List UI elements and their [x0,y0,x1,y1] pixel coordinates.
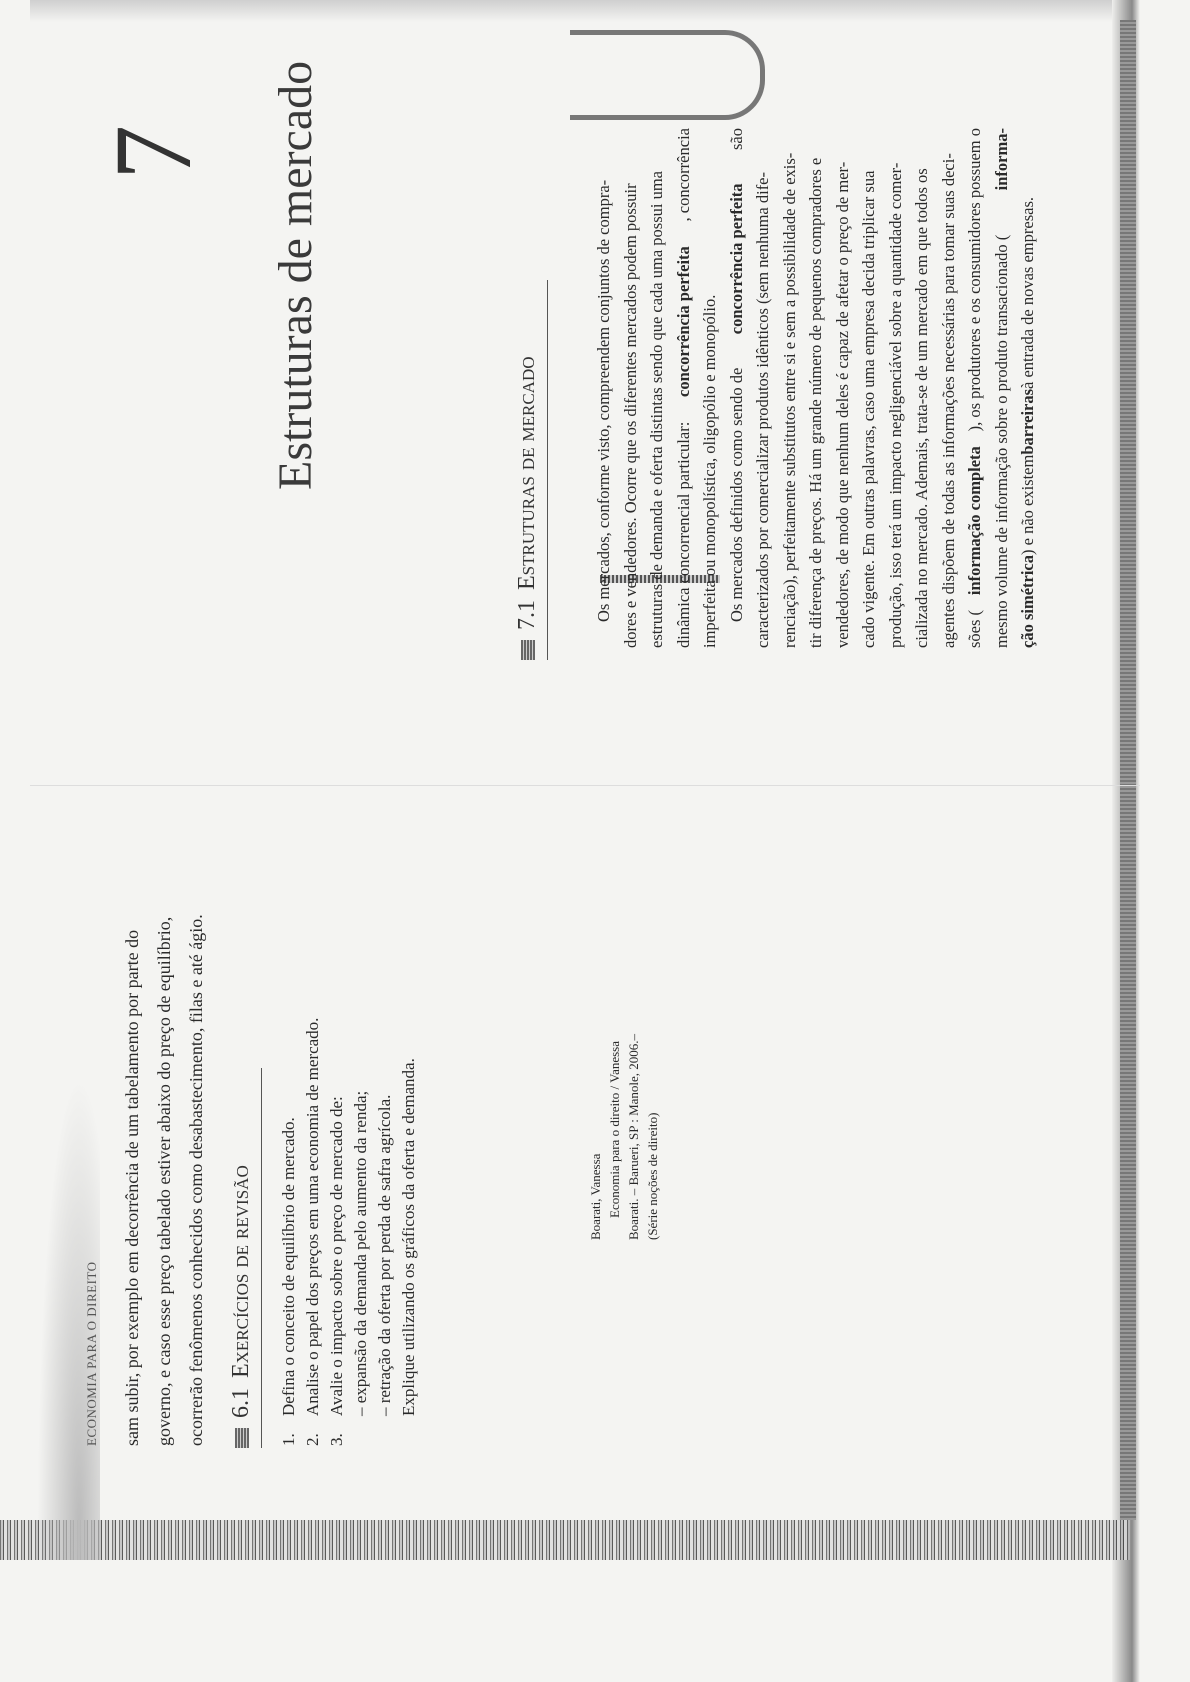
page-fold [30,785,1140,786]
exercise-subitem: – expansão da demanda pelo aumento da re… [350,1018,374,1446]
body-line: cado vigente. Em outras palavras, caso u… [855,128,882,648]
section-number: 7.1 [514,600,541,630]
chapter-title: Estruturas de mercado [268,61,323,490]
body-line: tir diferença de preços. Há um grande nú… [802,128,829,648]
body-line: sões (informação completa), os produtore… [961,128,988,648]
intro-paragraph: sam subir, por exemplo em decorrência de… [116,914,212,1446]
section-6-1-heading: 6.1 Exercícios de revisão [228,1068,262,1448]
chapter-number: 7 [90,125,217,180]
exercise-item: 3.Avalie o impacto sobre o preço de merc… [326,1018,350,1446]
body-line: agentes dispõem de todas as informações … [935,128,962,648]
body-line: Os mercados, conforme visto, compreendem… [590,128,617,648]
body-line: estruturas de demanda e oferta distintas… [643,128,670,648]
section-marker-icon [521,640,535,660]
scan-edge-bottom [0,1520,1130,1560]
body-line: dores e vendedores. Ocorre que os difere… [617,128,644,648]
body-line: imperfeita ou monopolística, oligopólio … [696,128,723,648]
exercise-subitem: – retração da oferta por perda de safra … [374,1018,398,1446]
body-line: dinâmica concorrencial particular: conco… [670,128,697,648]
catalog-citation: Boarati, Vanessa Economia para o direito… [586,1034,662,1240]
body-line: Os mercados definidos como sendo de conc… [723,128,750,648]
section-rule [547,280,548,660]
chapter-body-text: Os mercados, conforme visto, compreendem… [590,128,1041,648]
intro-line: governo, e caso esse preço tabelado esti… [148,914,180,1446]
section-marker-icon [235,1428,249,1448]
body-line: renciação), perfeitamente substitutos en… [776,128,803,648]
section-rule [261,1068,262,1448]
section-title: Exercícios de revisão [228,1165,255,1378]
body-line: mesmo volume de informação sobre o produ… [988,128,1015,648]
section-number: 6.1 [228,1388,255,1418]
section-title: Estruturas de mercado [514,356,541,590]
exercise-list: 1.Defina o conceito de equilíbrio de mer… [278,1018,422,1446]
scan-binding-shadow [1120,20,1136,1520]
running-head: ECONOMIA PARA O DIREITO [84,1262,100,1447]
exercise-item: 2.Analise o papel dos preços em uma econ… [302,1018,326,1446]
section-7-1-heading: 7.1 Estruturas de mercado [514,280,548,660]
body-line: cializada no mercado. Ademais, trata-se … [908,128,935,648]
scan-edge-top [30,0,1140,22]
intro-line: sam subir, por exemplo em decorrência de… [116,914,148,1446]
intro-line: ocorrerão fenômenos conhecidos como desa… [180,914,212,1446]
body-line: caracterizados por comercializar produto… [749,128,776,648]
body-line: vendedores, de modo que nenhum deles é c… [829,128,856,648]
body-line: ção simétrica) e não existem barreiras à… [1014,128,1041,648]
body-line: produção, isso terá um impacto negligenc… [882,128,909,648]
exercise-subitem: Explique utilizando os gráficos da ofert… [398,1018,422,1446]
exercise-item: 1.Defina o conceito de equilíbrio de mer… [278,1018,302,1446]
chapter-ornament-icon [570,30,765,120]
